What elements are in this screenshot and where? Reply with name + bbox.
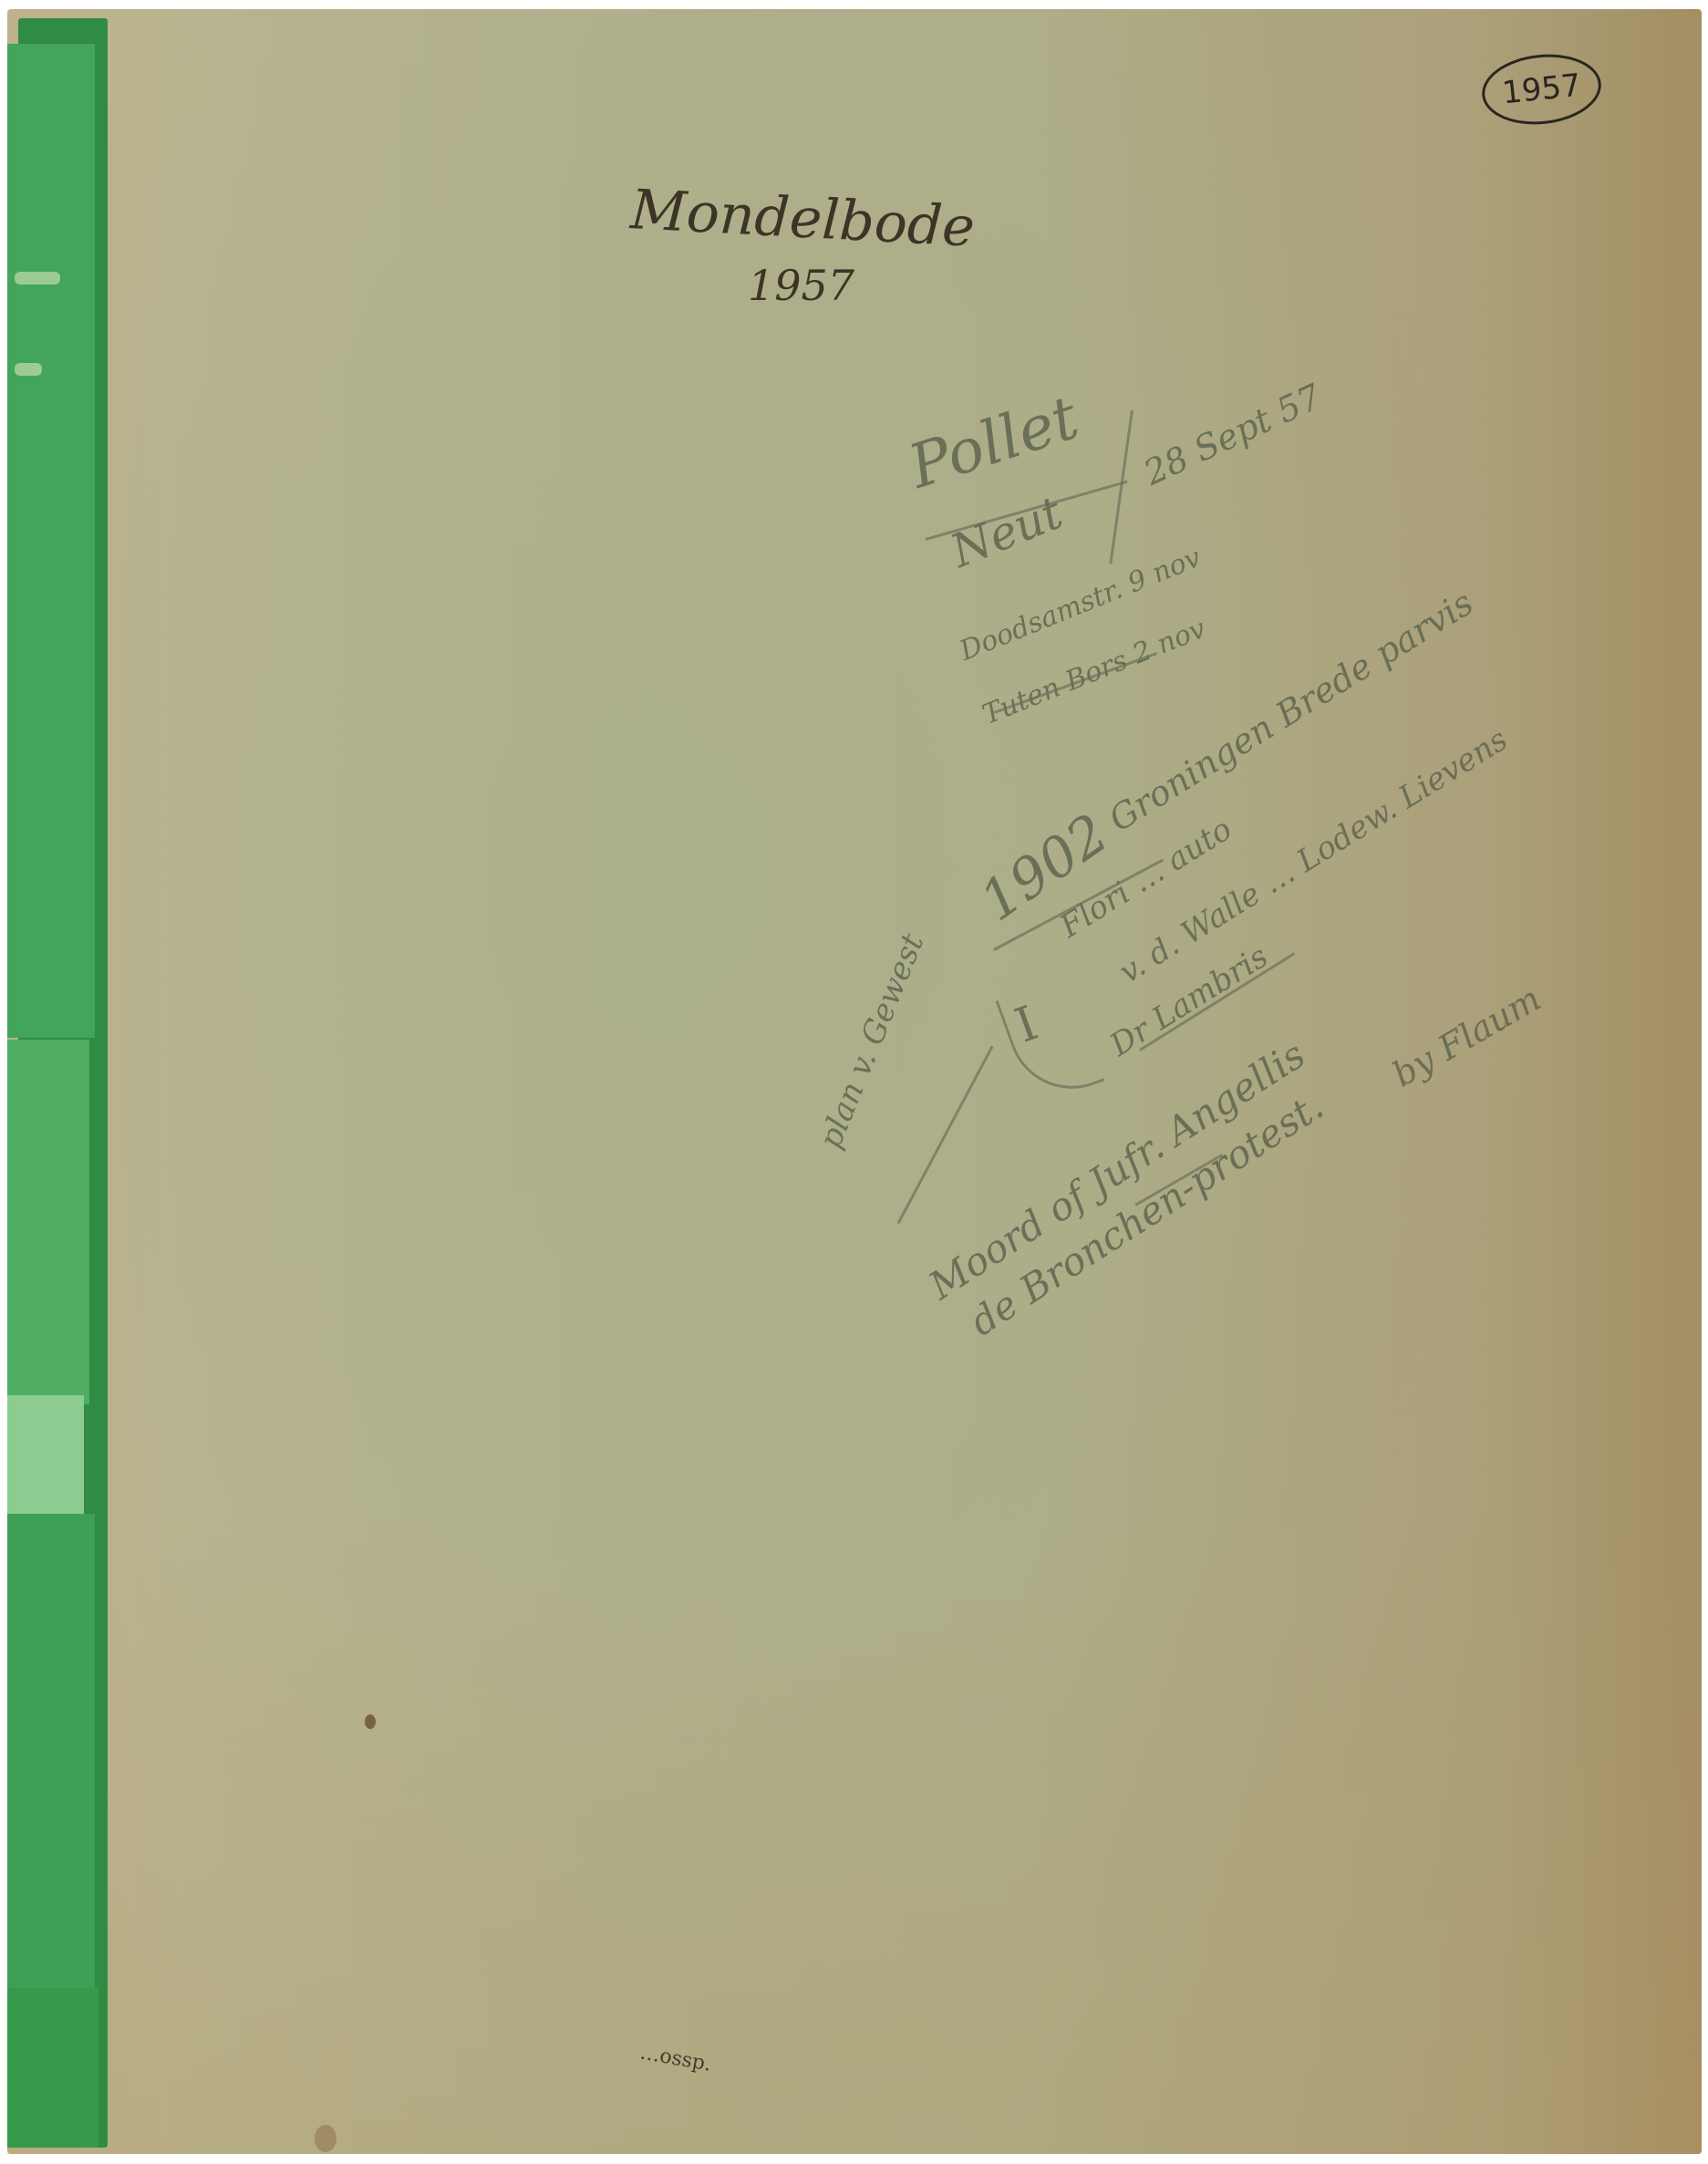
spine-tape-upper [7,44,95,1038]
spine-tape-middle [7,1040,89,1404]
title-name: Mondelbode [629,182,976,255]
green-spine-tape [7,18,103,2152]
spine-tape-bottom [7,1988,98,2148]
tape-highlight [15,272,60,285]
stain-mark [365,1714,376,1729]
spine-tape-lower [7,1514,95,1988]
tape-highlight [15,363,42,376]
title-year: 1957 [748,264,854,306]
spine-tape-faded [7,1395,84,1514]
stain-mark [315,2125,336,2152]
